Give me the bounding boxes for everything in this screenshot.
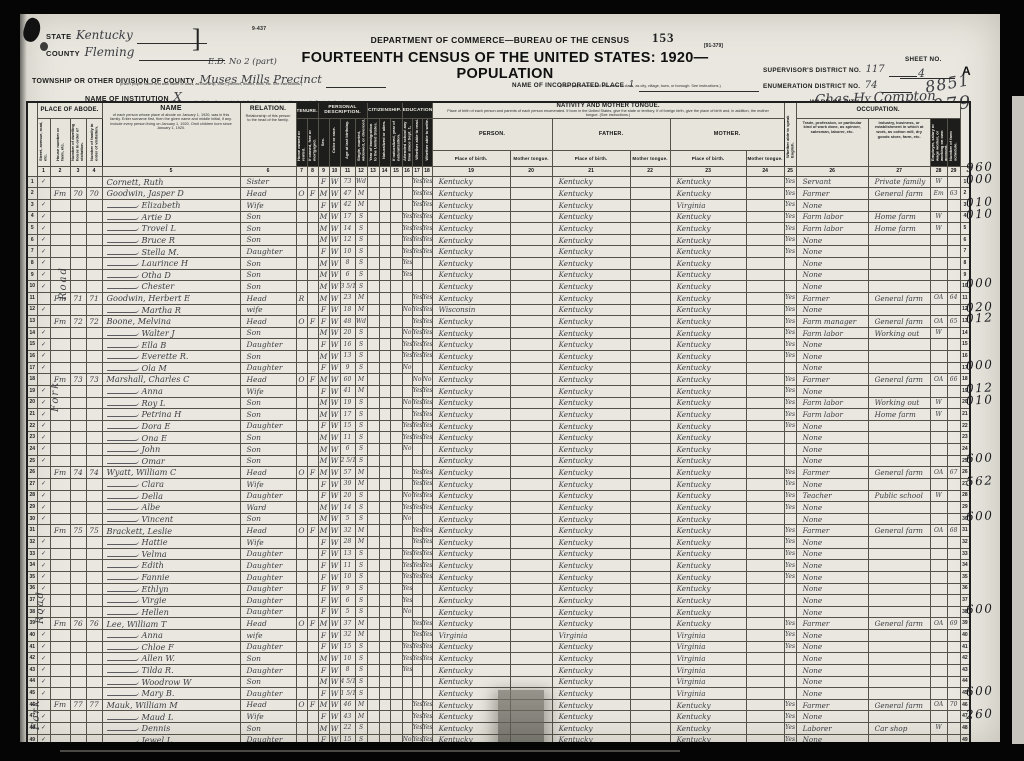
- cell-dw: 71: [70, 292, 86, 304]
- cell-nm: Edith: [102, 560, 240, 572]
- cell-dw: [70, 199, 86, 211]
- person-name: Elizabeth: [142, 200, 181, 210]
- cell-ag: 42: [340, 199, 355, 211]
- cell-i3: [390, 606, 402, 618]
- cell-ag: 28: [340, 537, 355, 549]
- cell-sch: No: [402, 490, 412, 502]
- cell-st: [37, 188, 50, 200]
- cell-rel: Son: [240, 723, 296, 735]
- cell-pt: [510, 199, 552, 211]
- cell-ag: 11: [340, 432, 355, 444]
- cell-hn: Fm: [50, 618, 70, 630]
- cell-sch: Yes: [402, 560, 412, 572]
- cell-rel: Son: [240, 211, 296, 223]
- cell-cl: [930, 676, 947, 688]
- cell-ms: S: [355, 246, 367, 258]
- cell-sx: M: [318, 653, 329, 665]
- cell-fam: [86, 606, 102, 618]
- cell-ms: S: [355, 327, 367, 339]
- cell-hn: [50, 176, 70, 188]
- cell-pt: [510, 327, 552, 339]
- county-label: COUNTY: [46, 49, 80, 58]
- cell-cr: W: [329, 455, 340, 467]
- cell-en: [784, 432, 796, 444]
- cell-cr: W: [329, 513, 340, 525]
- cell-sch: Yes: [402, 583, 412, 595]
- cell-fs: [947, 432, 960, 444]
- cell-en: Yes: [784, 397, 796, 409]
- cell-sx: M: [318, 513, 329, 525]
- table-row: 28✓DellaDaughterFW20SNoYesYesKentuckyKen…: [27, 490, 970, 502]
- cell-nm: Goodwin, Jasper D: [102, 188, 240, 200]
- left-black-band: [0, 0, 20, 761]
- cell-oc: None: [796, 641, 868, 653]
- cell-cl: OA: [930, 699, 947, 711]
- cell-pt: [510, 246, 552, 258]
- bottom-scan-line: [60, 750, 680, 752]
- cell-ag: 43: [340, 711, 355, 723]
- cell-i1: [367, 467, 379, 479]
- cell-t2: [307, 385, 318, 397]
- cell-cr: W: [329, 397, 340, 409]
- cell-oc: None: [796, 653, 868, 665]
- cell-mb: Kentucky: [670, 292, 746, 304]
- cell-i2: [379, 537, 390, 549]
- cell-t2: [307, 688, 318, 700]
- house-number-header: House number or farm, etc.: [50, 118, 70, 166]
- cell-pt: [510, 176, 552, 188]
- cell-t1: O: [296, 525, 307, 537]
- cell-i3: [390, 339, 402, 351]
- cell-rd: No: [412, 374, 422, 386]
- cell-i2: [379, 292, 390, 304]
- cell-mb: Kentucky: [670, 548, 746, 560]
- cell-fam: [86, 351, 102, 363]
- cell-nm: Wyatt, William C: [102, 467, 240, 479]
- cell-rel: Son: [240, 432, 296, 444]
- cell-i1: [367, 281, 379, 293]
- cell-pb: Kentucky: [432, 606, 510, 618]
- cell-i1: [367, 292, 379, 304]
- person-name: Maud L: [142, 712, 174, 722]
- cell-pt: [510, 630, 552, 642]
- cell-nm: Anna: [102, 385, 240, 397]
- cell-i3: [390, 188, 402, 200]
- cell-fam: [86, 513, 102, 525]
- cell-i2: [379, 711, 390, 723]
- cell-i1: [367, 374, 379, 386]
- cell-cr: W: [329, 176, 340, 188]
- cell-fam: [86, 385, 102, 397]
- relation-note: Relationship of this person to the head …: [241, 112, 296, 125]
- cell-rd: Yes: [412, 723, 422, 735]
- cell-ms: M: [355, 699, 367, 711]
- surname-ditto-curve: [107, 437, 139, 441]
- cell-i1: [367, 234, 379, 246]
- cell-fam: [86, 420, 102, 432]
- cell-t2: [307, 420, 318, 432]
- cell-fb: Kentucky: [552, 281, 630, 293]
- cell-st: ✓: [37, 211, 50, 223]
- table-row: 2Fm7070Goodwin, Jasper DHeadOFMW47MYesYe…: [27, 188, 970, 200]
- cell-in: [868, 537, 930, 549]
- cell-nm: Bruce R: [102, 234, 240, 246]
- cell-i1: [367, 571, 379, 583]
- cell-in: Public school: [868, 490, 930, 502]
- write-header: Whether able to write.: [422, 118, 432, 166]
- cell-sch: [402, 618, 412, 630]
- cell-fs: [947, 385, 960, 397]
- cell-t1: [296, 304, 307, 316]
- person-name: Allen W.: [142, 653, 175, 663]
- cell-i1: [367, 490, 379, 502]
- cell-i2: [379, 199, 390, 211]
- cell-pb: Kentucky: [432, 269, 510, 281]
- cell-en: [784, 513, 796, 525]
- cell-ft: [630, 385, 670, 397]
- cell-t2: [307, 548, 318, 560]
- person-name: Brackett, Leslie: [107, 526, 173, 536]
- cell-sch: [402, 455, 412, 467]
- cell-pb: Kentucky: [432, 292, 510, 304]
- cell-t1: O: [296, 618, 307, 630]
- cell-mb: Kentucky: [670, 467, 746, 479]
- cell-i3: [390, 513, 402, 525]
- cell-en: Yes: [784, 304, 796, 316]
- cell-cl: [930, 478, 947, 490]
- cell-fs: [947, 653, 960, 665]
- cell-pt: [510, 676, 552, 688]
- cell-en: [784, 606, 796, 618]
- cell-ag: 37: [340, 618, 355, 630]
- cell-cr: W: [329, 432, 340, 444]
- cell-t1: [296, 432, 307, 444]
- cell-sx: M: [318, 444, 329, 456]
- census-page: STATE Kentucky COUNTY Fleming ] 9-437 DE…: [20, 12, 1000, 745]
- cell-i1: [367, 537, 379, 549]
- cell-mb: Kentucky: [670, 176, 746, 188]
- cell-fs: [947, 664, 960, 676]
- table-row: 42✓Allen W.SonMW10SYesYesYesKentuckyKent…: [27, 653, 970, 665]
- cell-t2: [307, 583, 318, 595]
- cell-i2: [379, 583, 390, 595]
- cell-oc: Farmer: [796, 292, 868, 304]
- cell-fs: [947, 478, 960, 490]
- cell-pb: Wisconsin: [432, 304, 510, 316]
- column-number: 9: [318, 166, 329, 176]
- cell-oc: Farmer: [796, 618, 868, 630]
- cell-rd: [412, 455, 422, 467]
- cell-sx: M: [318, 281, 329, 293]
- cell-en: Yes: [784, 223, 796, 235]
- cell-pt: [510, 351, 552, 363]
- state-line: STATE Kentucky: [46, 26, 207, 44]
- margin-tally-number: 600: [966, 508, 994, 523]
- person-name: Chloe F: [142, 642, 174, 652]
- cell-cr: W: [329, 560, 340, 572]
- cell-fb: Kentucky: [552, 223, 630, 235]
- cell-cr: W: [329, 467, 340, 479]
- cell-in: [868, 676, 930, 688]
- cell-st: ✓: [37, 455, 50, 467]
- cell-rd: Yes: [412, 327, 422, 339]
- cell-sx: M: [318, 723, 329, 735]
- dwelling-number-label: Number of dwelling house in order of vis…: [71, 119, 84, 161]
- cell-fam: [86, 327, 102, 339]
- cell-in: [868, 641, 930, 653]
- cell-in: [868, 664, 930, 676]
- cell-nm: Anna: [102, 630, 240, 642]
- person-name: Artie D: [142, 212, 172, 222]
- cell-ms: Wd: [355, 316, 367, 328]
- surname-ditto-curve: [107, 344, 139, 348]
- cell-n: 15: [27, 339, 37, 351]
- cell-sx: F: [318, 630, 329, 642]
- cell-cl: [930, 606, 947, 618]
- cell-cl: [930, 455, 947, 467]
- cell-fb: Kentucky: [552, 641, 630, 653]
- person-name: Lee, William T: [107, 619, 167, 629]
- cell-wr: [422, 362, 432, 374]
- cell-ag: 15: [340, 420, 355, 432]
- marital-header: Single, married, widowed, or divorced.: [355, 118, 367, 166]
- person-name: Laurince H: [142, 258, 189, 268]
- cell-en: Yes: [784, 351, 796, 363]
- cell-ft: [630, 362, 670, 374]
- cell-n: 16: [27, 351, 37, 363]
- cell-ft: [630, 327, 670, 339]
- cell-t1: O: [296, 316, 307, 328]
- cell-ag: 15: [340, 641, 355, 653]
- cell-mb: Kentucky: [670, 327, 746, 339]
- cell-fam: [86, 641, 102, 653]
- cell-cl: [930, 420, 947, 432]
- cell-dw: [70, 223, 86, 235]
- cell-rd: Yes: [412, 420, 422, 432]
- department-line: DEPARTMENT OF COMMERCE—BUREAU OF THE CEN…: [330, 35, 670, 45]
- cell-t1: [296, 444, 307, 456]
- cell-pt: [510, 409, 552, 421]
- cell-cl: W: [930, 490, 947, 502]
- cell-fam: [86, 711, 102, 723]
- surname-ditto-curve: [107, 634, 139, 638]
- cell-fb: Kentucky: [552, 595, 630, 607]
- cell-i1: [367, 688, 379, 700]
- surname-ditto-curve: [107, 495, 139, 499]
- column-number: 16: [402, 166, 412, 176]
- cell-cl: OA: [930, 467, 947, 479]
- cell-sx: F: [318, 688, 329, 700]
- cell-rel: Daughter: [240, 339, 296, 351]
- cell-mt: [746, 606, 784, 618]
- cell-en: Yes: [784, 188, 796, 200]
- cell-hn: [50, 676, 70, 688]
- cell-sx: F: [318, 560, 329, 572]
- cell-en: Yes: [784, 211, 796, 223]
- cell-oc: None: [796, 664, 868, 676]
- cell-dw: [70, 246, 86, 258]
- cell-cl: [930, 688, 947, 700]
- cell-n: 13: [27, 316, 37, 328]
- cell-i3: [390, 595, 402, 607]
- cell-i3: [390, 351, 402, 363]
- cell-in: Car shop: [868, 723, 930, 735]
- cell-fb: Kentucky: [552, 664, 630, 676]
- cell-n2: 21: [960, 409, 970, 421]
- cell-ft: [630, 467, 670, 479]
- cell-i2: [379, 455, 390, 467]
- cell-dw: [70, 583, 86, 595]
- bracket-code: [91-379]: [704, 43, 723, 49]
- cell-i2: [379, 234, 390, 246]
- cell-mb: Kentucky: [670, 478, 746, 490]
- cell-mt: [746, 548, 784, 560]
- cell-t2: F: [307, 699, 318, 711]
- cell-i3: [390, 688, 402, 700]
- surname-ditto-curve: [107, 564, 139, 568]
- cell-i3: [390, 199, 402, 211]
- cell-i1: [367, 630, 379, 642]
- cell-pb: Kentucky: [432, 199, 510, 211]
- cell-mt: [746, 618, 784, 630]
- cell-wr: Yes: [422, 630, 432, 642]
- cell-i2: [379, 223, 390, 235]
- table-row: 20✓Roy LSonMW19SNoYesYesKentuckyKentucky…: [27, 397, 970, 409]
- cell-oc: None: [796, 339, 868, 351]
- cell-st: ✓: [37, 432, 50, 444]
- cell-wr: Yes: [422, 467, 432, 479]
- cell-fs: [947, 362, 960, 374]
- cell-fam: 74: [86, 467, 102, 479]
- cell-st: ✓: [37, 269, 50, 281]
- cell-rd: Yes: [412, 246, 422, 258]
- cell-ft: [630, 258, 670, 270]
- cell-t2: [307, 513, 318, 525]
- cell-n: 2: [27, 188, 37, 200]
- surname-ditto-curve: [107, 355, 139, 359]
- cell-i1: [367, 351, 379, 363]
- cell-rd: Yes: [412, 711, 422, 723]
- cell-wr: [422, 595, 432, 607]
- cell-pt: [510, 397, 552, 409]
- table-row: 10✓ChesterSonMW3 5/12SKentuckyKentuckyKe…: [27, 281, 970, 293]
- cell-cl: W: [930, 176, 947, 188]
- cell-mb: Kentucky: [670, 188, 746, 200]
- cell-rel: Head: [240, 292, 296, 304]
- cell-ft: [630, 304, 670, 316]
- cell-t1: [296, 269, 307, 281]
- cell-n2: 7: [960, 246, 970, 258]
- cell-pt: [510, 420, 552, 432]
- cell-fam: [86, 688, 102, 700]
- cell-i3: [390, 269, 402, 281]
- cell-ft: [630, 281, 670, 293]
- cell-wr: Yes: [422, 548, 432, 560]
- cell-fam: 76: [86, 618, 102, 630]
- cell-in: [868, 502, 930, 514]
- cell-rel: Daughter: [240, 490, 296, 502]
- cell-t2: [307, 595, 318, 607]
- table-row: 3✓ElizabethWifeFW42MYesYesKentuckyKentuc…: [27, 199, 970, 211]
- cell-oc: None: [796, 269, 868, 281]
- column-number: 20: [510, 166, 552, 176]
- cell-fb: Kentucky: [552, 199, 630, 211]
- cell-rd: Yes: [412, 234, 422, 246]
- cell-rd: [412, 688, 422, 700]
- cell-ms: Wd: [355, 176, 367, 188]
- cell-dw: [70, 351, 86, 363]
- cell-ms: M: [355, 188, 367, 200]
- cell-ms: S: [355, 676, 367, 688]
- cell-ft: [630, 409, 670, 421]
- cell-t2: [307, 397, 318, 409]
- cell-mb: Kentucky: [670, 304, 746, 316]
- cell-pb: Kentucky: [432, 281, 510, 293]
- cell-mt: [746, 595, 784, 607]
- cell-wr: Yes: [422, 723, 432, 735]
- cell-sch: Yes: [402, 653, 412, 665]
- cell-i2: [379, 176, 390, 188]
- cell-fs: [947, 176, 960, 188]
- cell-nm: Hattie: [102, 537, 240, 549]
- cell-i2: [379, 513, 390, 525]
- cell-n2: 6: [960, 234, 970, 246]
- cell-sx: M: [318, 525, 329, 537]
- table-row: 36✓EthlynDaughterFW9SYesKentuckyKentucky…: [27, 583, 970, 595]
- cell-fs: [947, 351, 960, 363]
- cell-t2: [307, 606, 318, 618]
- cell-in: [868, 513, 930, 525]
- surname-ditto-curve: [107, 646, 139, 650]
- cell-i3: [390, 234, 402, 246]
- cell-cr: W: [329, 304, 340, 316]
- cell-cr: W: [329, 525, 340, 537]
- cell-st: ✓: [37, 409, 50, 421]
- cell-mt: [746, 455, 784, 467]
- cell-ms: S: [355, 409, 367, 421]
- cell-cr: W: [329, 502, 340, 514]
- cell-cr: W: [329, 188, 340, 200]
- column-number: 13: [367, 166, 379, 176]
- cell-rd: Yes: [412, 409, 422, 421]
- cell-oc: None: [796, 548, 868, 560]
- cell-fam: [86, 339, 102, 351]
- cell-pt: [510, 583, 552, 595]
- cell-mb: Kentucky: [670, 711, 746, 723]
- cell-fam: [86, 630, 102, 642]
- cell-fb: Kentucky: [552, 339, 630, 351]
- cell-mt: [746, 467, 784, 479]
- cell-cr: W: [329, 199, 340, 211]
- cell-i2: [379, 385, 390, 397]
- cell-t2: [307, 653, 318, 665]
- cell-t1: [296, 537, 307, 549]
- cell-fb: Kentucky: [552, 385, 630, 397]
- cell-t2: [307, 327, 318, 339]
- table-row: 11Fm7171Goodwin, Herbert EHeadRMW23MYesY…: [27, 292, 970, 304]
- cell-dw: 74: [70, 467, 86, 479]
- cell-sx: F: [318, 199, 329, 211]
- cell-cr: W: [329, 606, 340, 618]
- cell-n2: 8: [960, 258, 970, 270]
- cell-n: 7: [27, 246, 37, 258]
- cell-oc: None: [796, 385, 868, 397]
- cell-i1: [367, 397, 379, 409]
- cell-st: ✓: [37, 246, 50, 258]
- cell-nm: Chester: [102, 281, 240, 293]
- cell-in: Home farm: [868, 211, 930, 223]
- margin-tally-number: 010: [966, 392, 994, 407]
